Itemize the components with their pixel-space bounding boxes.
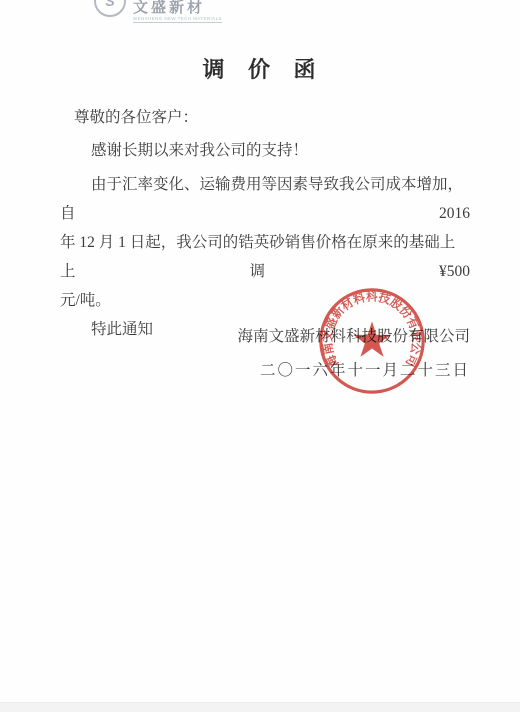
logo-emblem-letter: S (105, 0, 114, 9)
logo-tagline: WENSHENG NEW TECH MATERIALS (133, 16, 222, 23)
paragraph-line: 由于汇率变化、运输费用等因素导致我公司成本增加，自 2016 (60, 170, 470, 228)
letter-title: 调 价 函 (0, 53, 520, 84)
letter-body: 尊敬的各位客户： 感谢长期以来对我公司的支持！ 由于汇率变化、运输费用等因素导致… (60, 103, 470, 344)
signature-date: 二〇一六年十一月二十三日 (237, 354, 470, 388)
paragraph-line: 年 12 月 1 日起，我公司的锆英砂销售价格在原来的基础上上调¥500 (60, 228, 470, 286)
thanks-line: 感谢长期以来对我公司的支持！ (60, 136, 470, 165)
signature-company: 海南文盛新材料科技股份有限公司 (237, 320, 470, 354)
signature-block: 海南文盛新材料科技股份有限公司 二〇一六年十一月二十三日 (237, 320, 470, 388)
scan-edge-band (0, 702, 520, 712)
letter-page: S 文盛新材 WENSHENG NEW TECH MATERIALS 调 价 函… (0, 0, 520, 712)
logo-text-block: 文盛新材 WENSHENG NEW TECH MATERIALS (133, 0, 222, 23)
logo-company-name: 文盛新材 (133, 0, 222, 16)
company-logo: S 文盛新材 WENSHENG NEW TECH MATERIALS (94, 0, 222, 24)
paragraph-line: 元/吨。 (60, 286, 470, 315)
company-logo-icon: S (94, 0, 126, 17)
salutation: 尊敬的各位客户： (74, 103, 470, 132)
